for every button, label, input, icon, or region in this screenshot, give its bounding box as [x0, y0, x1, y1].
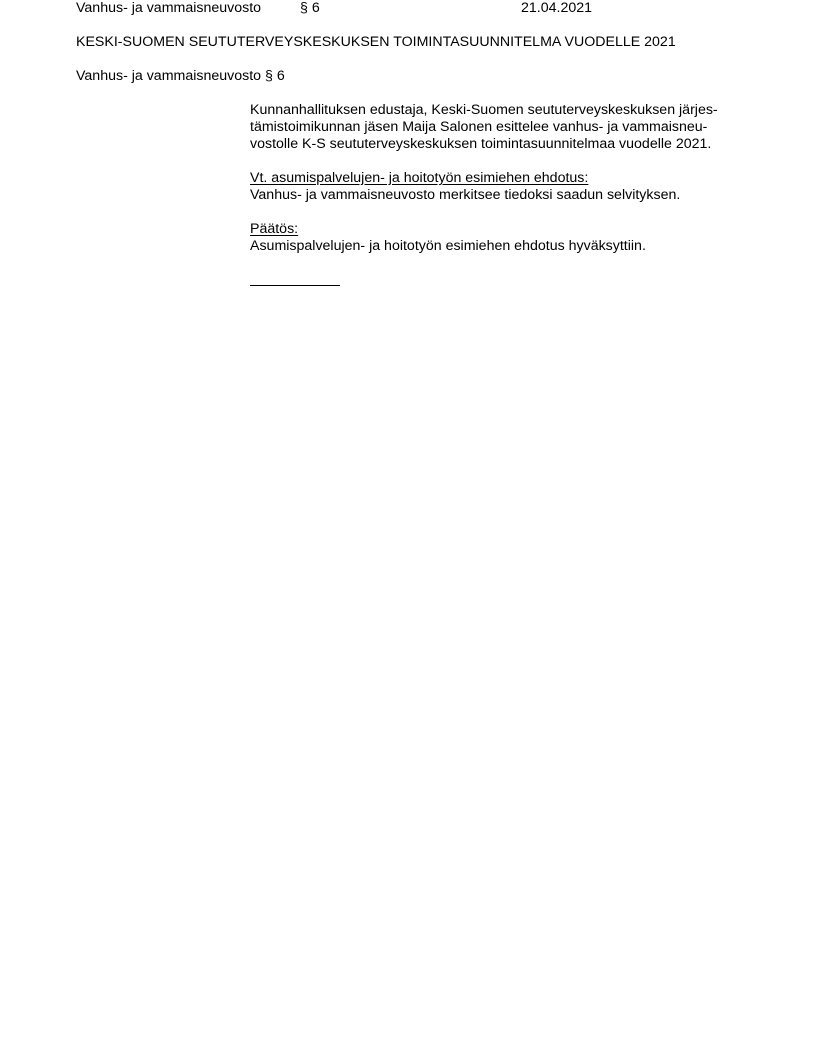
header-body-name: Vanhus- ja vammaisneuvosto: [76, 0, 261, 17]
proposal-text: Vanhus- ja vammaisneuvosto merkitsee tie…: [250, 187, 770, 204]
document-title: KESKI-SUOMEN SEUTUTERVEYSKESKUKSEN TOIMI…: [76, 34, 676, 51]
proposal-label: Vt. asumispalvelujen- ja hoitotyön esimi…: [250, 170, 770, 187]
decision-block: Päätös: Asumispalvelujen- ja hoitotyön e…: [250, 221, 770, 255]
intro-line: Kunnanhallituksen edustaja, Keski-Suomen…: [250, 102, 770, 119]
header-date: 21.04.2021: [521, 0, 592, 17]
intro-paragraph: Kunnanhallituksen edustaja, Keski-Suomen…: [250, 102, 770, 153]
intro-line: tämistoimikunnan jäsen Maija Salonen esi…: [250, 119, 770, 136]
paragraph-spacer: [250, 204, 770, 221]
header-section-number: § 6: [300, 0, 320, 17]
section-content: Kunnanhallituksen edustaja, Keski-Suomen…: [250, 102, 770, 255]
paragraph-spacer: [250, 153, 770, 170]
end-separator-line: [250, 285, 340, 286]
intro-line: vostolle K-S seututerveyskeskuksen toimi…: [250, 136, 770, 153]
decision-text: Asumispalvelujen- ja hoitotyön esimiehen…: [250, 238, 770, 255]
section-heading: Vanhus- ja vammaisneuvosto § 6: [76, 68, 285, 85]
proposal-block: Vt. asumispalvelujen- ja hoitotyön esimi…: [250, 170, 770, 204]
decision-label: Päätös:: [250, 221, 770, 238]
